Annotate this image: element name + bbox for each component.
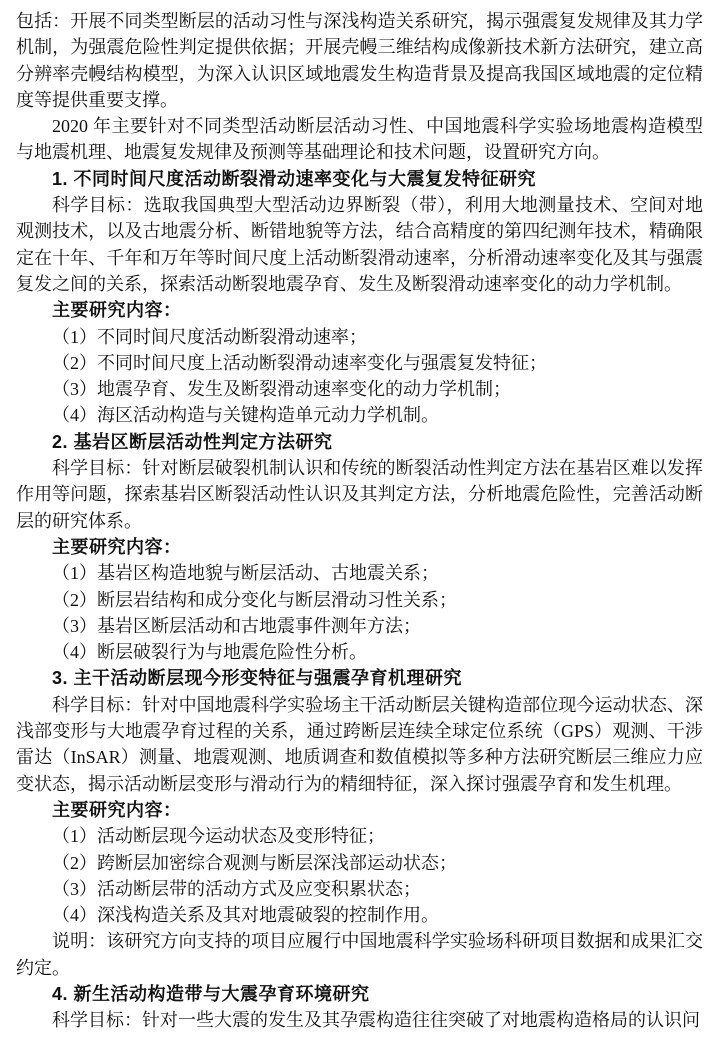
topic-3-item-4: （4）深浅构造关系及其对地震破裂的控制作用。 [16, 902, 703, 928]
topic-3-heading: 3. 主干活动断层现今形变特征与强震孕育机理研究 [16, 665, 703, 691]
plan-2020-paragraph: 2020 年主要针对不同类型活动断层活动习性、中国地震科学实验场地震构造模型与地… [16, 113, 703, 166]
topic-1-heading: 1. 不同时间尺度活动断裂滑动速率变化与大震复发特征研究 [16, 166, 703, 192]
topic-3-science-goal: 科学目标：针对中国地震科学实验场主干活动断层关键构造部位现今运动状态、深浅部变形… [16, 692, 703, 797]
topic-3-contents-subheading: 主要研究内容： [16, 797, 703, 823]
topic-2-item-3: （3）基岩区断层活动和古地震事件测年方法； [16, 613, 703, 639]
topic-3-item-1: （1）活动断层现今运动状态及变形特征； [16, 823, 703, 849]
topic-4-heading: 4. 新生活动构造带与大震孕育环境研究 [16, 981, 703, 1007]
topic-1-contents-subheading: 主要研究内容： [16, 297, 703, 323]
topic-2-heading: 2. 基岩区断层活动性判定方法研究 [16, 429, 703, 455]
topic-2-item-2: （2）断层岩结构和成分变化与断层滑动习性关系； [16, 587, 703, 613]
note-paragraph: 说明：该研究方向支持的项目应履行中国地震科学实验场科研项目数据和成果汇交约定。 [16, 928, 703, 981]
topic-1-item-4: （4）海区活动构造与关键构造单元动力学机制。 [16, 402, 703, 428]
intro-paragraph: 包括：开展不同类型断层的活动习性与深浅构造关系研究，揭示强震复发规律及其力学机制… [16, 8, 703, 113]
document-page: 包括：开展不同类型断层的活动习性与深浅构造关系研究，揭示强震复发规律及其力学机制… [0, 0, 720, 1046]
topic-3-item-2: （2）跨断层加密综合观测与断层深浅部运动状态； [16, 850, 703, 876]
topic-1-science-goal: 科学目标：选取我国典型大型活动边界断裂（带），利用大地测量技术、空间对地观测技术… [16, 192, 703, 297]
topic-2-item-1: （1）基岩区构造地貌与断层活动、古地震关系； [16, 560, 703, 586]
topic-1-item-1: （1）不同时间尺度活动断裂滑动速率； [16, 324, 703, 350]
topic-3-item-3: （3）活动断层带的活动方式及应变积累状态； [16, 876, 703, 902]
topic-4-science-goal: 科学目标：针对一些大震的发生及其孕震构造往往突破了对地震构造格局的认识问 [16, 1007, 703, 1033]
topic-2-science-goal: 科学目标：针对断层破裂机制认识和传统的断裂活动性判定方法在基岩区难以发挥作用等问… [16, 455, 703, 534]
topic-2-item-4: （4）断层破裂行为与地震危险性分析。 [16, 639, 703, 665]
topic-1-item-2: （2）不同时间尺度上活动断裂滑动速率变化与强震复发特征； [16, 350, 703, 376]
topic-1-item-3: （3）地震孕育、发生及断裂滑动速率变化的动力学机制； [16, 376, 703, 402]
topic-2-contents-subheading: 主要研究内容： [16, 534, 703, 560]
